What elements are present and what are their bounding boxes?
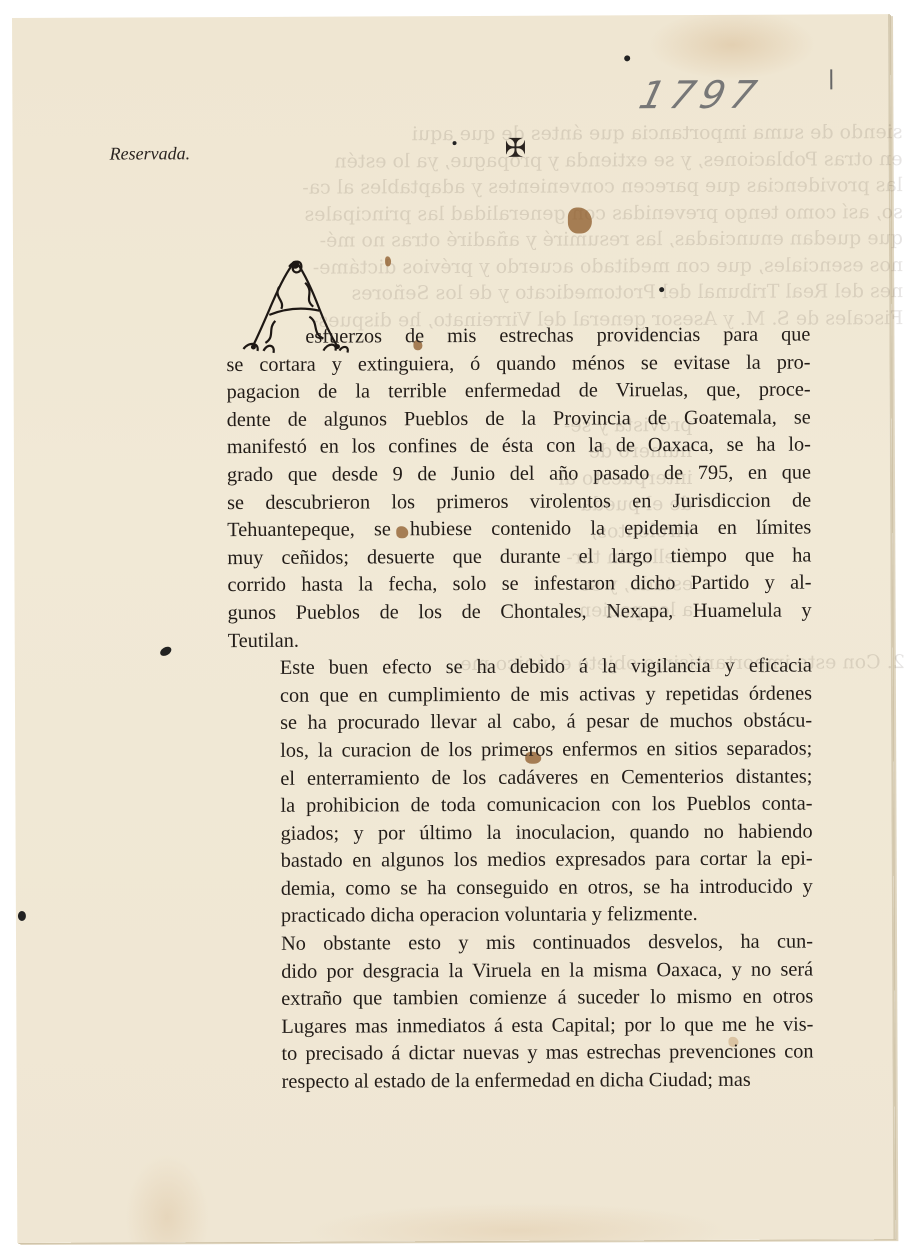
text-line: se cortara y extinguiera, ó quando ménos…: [226, 349, 810, 379]
ink-dot: [159, 645, 173, 658]
text-line: muy ceñidos; desuerte que durante el lar…: [227, 542, 811, 572]
text-line: practicado dicha operacion voluntaria y …: [229, 901, 813, 931]
text-line: bastado en algunos los medios expresados…: [229, 846, 813, 876]
text-line: giados; y por último la inoculacion, qua…: [229, 818, 813, 848]
text-line: extraño que tambien comienze á suceder l…: [229, 984, 813, 1014]
ink-dot: [659, 287, 664, 292]
text-line: Este buen efecto se ha debido á la vigil…: [228, 653, 812, 683]
text-line: los, la curacion de los primeros enfermo…: [228, 735, 812, 765]
text-line: la prohibicion de toda comunicacion con …: [228, 791, 812, 821]
text-line: pagacion de la terrible enfermedad de Vi…: [227, 377, 811, 407]
ink-dot: [624, 55, 630, 61]
text-line: gunos Pueblos de los de Chontales, Nexap…: [228, 597, 812, 627]
text-line: grado que desde 9 de Junio del año pasad…: [227, 459, 811, 489]
brown-stain: [385, 256, 391, 266]
text-line: dido por desgracia la Viruela en la mism…: [229, 956, 813, 986]
ink-dot: [453, 141, 457, 145]
paragraph-1: esfuerzos de mis estrechas providencias …: [226, 322, 811, 656]
text-line: demia, como se ha conseguido en otros, s…: [229, 873, 813, 903]
ink-dot: [18, 911, 26, 921]
text-line: el enterramiento de los cadáveres en Cem…: [228, 763, 812, 793]
text-line: respecto al estado de la enfermedad en d…: [230, 1067, 814, 1097]
text-line: manifestó en los confines de ésta con la…: [227, 432, 811, 462]
text-line: esfuerzos de mis estrechas providencias …: [226, 322, 810, 352]
text-line: dente de algunos Pueblos de la Provincia…: [227, 404, 811, 434]
paragraph-2: Este buen efecto se ha debido á la vigil…: [228, 653, 813, 931]
cross-ornament-icon: ✠: [505, 136, 527, 162]
text-line: se descubrieron los primeros virolentos …: [227, 487, 811, 517]
text-line: Teutilan.: [228, 625, 812, 655]
paragraph-3: No obstante esto y mis continuados desve…: [229, 929, 814, 1097]
pencil-mark: [830, 69, 832, 89]
header-label-reservada: Reservada.: [110, 143, 191, 164]
brown-stain: [568, 207, 592, 233]
text-line: con que en cumplimiento de mis activas y…: [228, 680, 812, 710]
text-line: corrido hasta la fecha, solo se infestar…: [227, 570, 811, 600]
document-body: esfuerzos de mis estrechas providencias …: [226, 322, 813, 1097]
text-line: Tehuantepeque, se hubiese contenido la e…: [227, 515, 811, 545]
text-line: Lugares mas inmediatos á esta Capital; p…: [229, 1011, 813, 1041]
document-page: siendo de suma importancia que ántes de …: [12, 14, 895, 1243]
text-line: se ha procurado llevar al cabo, á pesar …: [228, 708, 812, 738]
text-line: No obstante esto y mis continuados desve…: [229, 929, 813, 959]
handwritten-year-annotation: 1797: [635, 73, 766, 118]
text-line: to precisado á dictar nuevas y mas estre…: [229, 1039, 813, 1069]
